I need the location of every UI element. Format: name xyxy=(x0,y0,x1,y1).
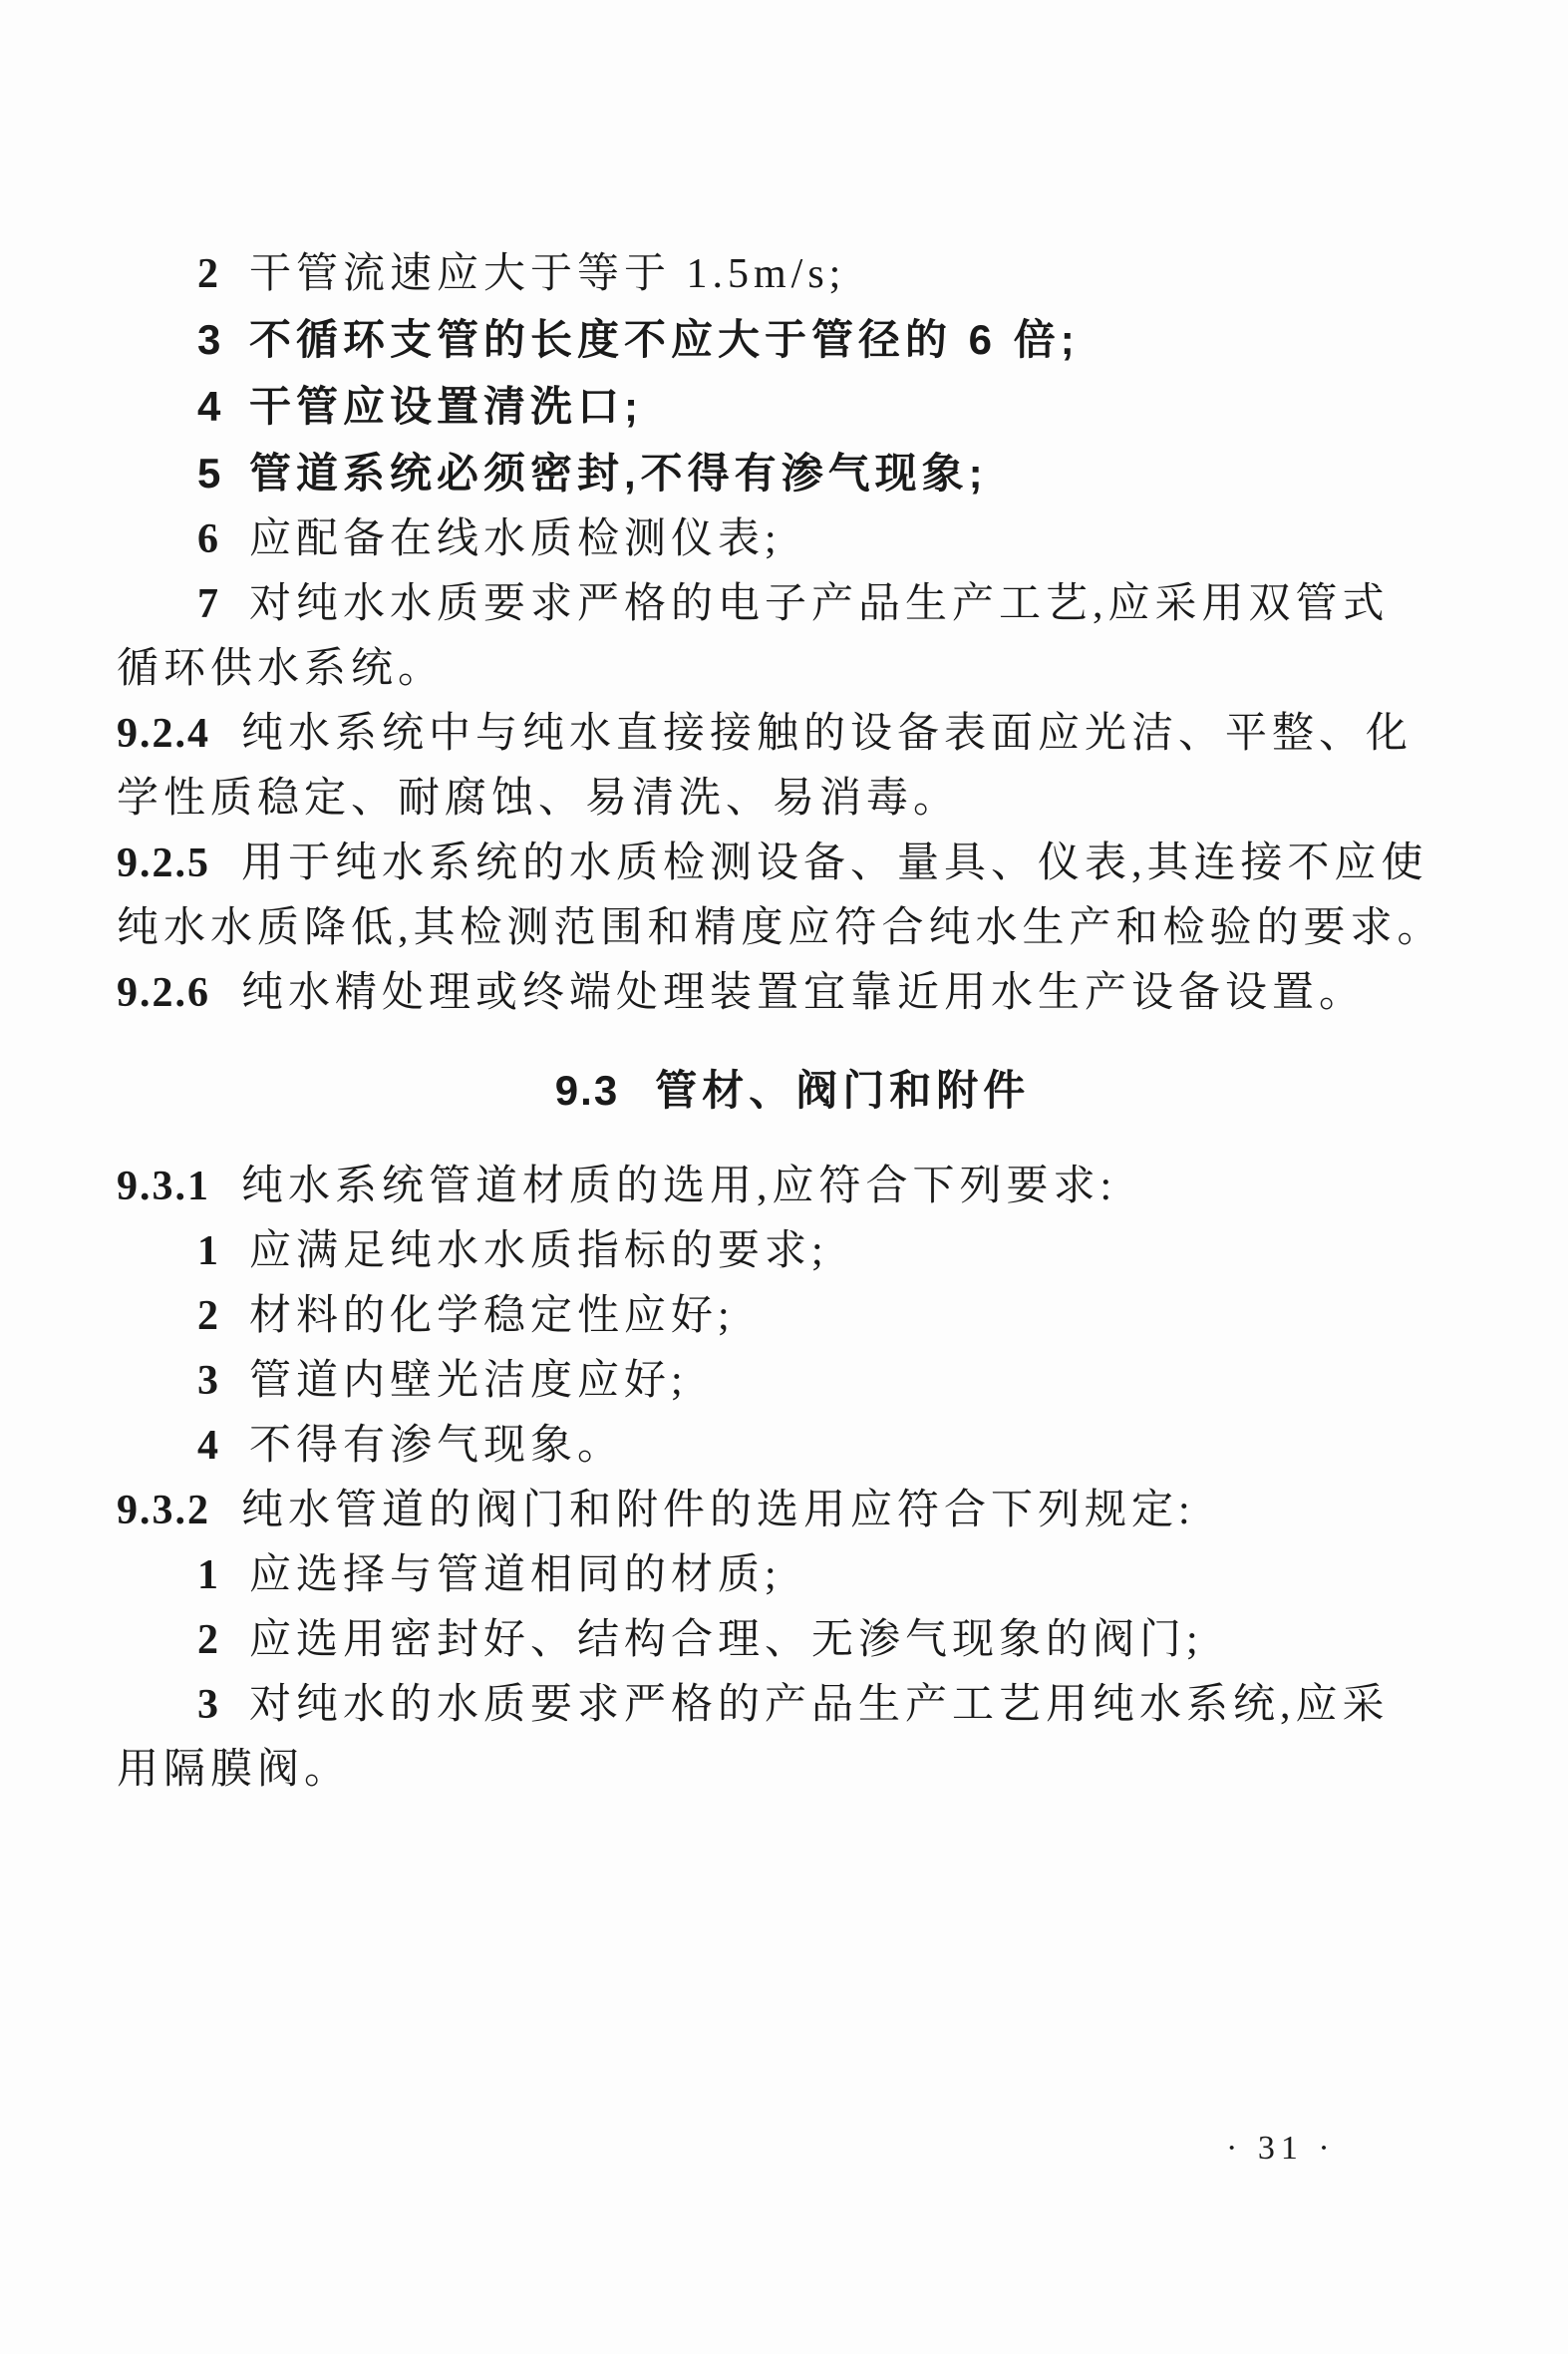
clause-9-3-1: 9.3.1纯水系统管道材质的选用,应符合下列要求: xyxy=(117,1155,1468,1219)
item-text: 应选用密封好、结构合理、无渗气现象的阀门; xyxy=(249,1617,1203,1663)
clause-number: 9.2.4 xyxy=(117,702,241,767)
document-page: 2干管流速应大于等于 1.5m/s; 3不循环支管的长度不应大于管径的 6 倍;… xyxy=(0,0,1568,2354)
clause-text: 用于纯水系统的水质检测设备、量具、仪表,其连接不应使 xyxy=(241,841,1428,886)
item-number: 3 xyxy=(197,1673,249,1738)
item-number: 2 xyxy=(197,1608,249,1673)
clause-text: 纯水管道的阀门和附件的选用应符合下列规定: xyxy=(241,1488,1195,1533)
item-text: 不循环支管的长度不应大于管径的 6 倍; xyxy=(249,316,1080,363)
clause-9-2-4-line1: 9.2.4纯水系统中与纯水直接接触的设备表面应光洁、平整、化 xyxy=(117,702,1468,767)
clause-number: 9.2.5 xyxy=(117,832,241,896)
item-number: 1 xyxy=(197,1219,249,1284)
list-item-92-2: 2干管流速应大于等于 1.5m/s; xyxy=(117,242,1468,307)
clause-text: 纯水系统管道材质的选用,应符合下列要求: xyxy=(241,1164,1116,1209)
item-text: 干管流速应大于等于 1.5m/s; xyxy=(249,251,845,297)
item-text: 管道系统必须密封,不得有渗气现象; xyxy=(249,450,988,497)
clause-9-2-5-line2: 纯水水质降低,其检测范围和精度应符合纯水生产和检验的要求。 xyxy=(117,896,1468,961)
clause-9-2-4-line2: 学性质稳定、耐腐蚀、易清洗、易消毒。 xyxy=(117,767,1468,832)
item-number: 7 xyxy=(197,572,249,637)
item-number: 3 xyxy=(197,307,249,372)
list-item-92-5: 5管道系统必须密封,不得有渗气现象; xyxy=(117,441,1468,507)
item-text: 管道内壁光洁度应好; xyxy=(249,1358,688,1404)
list-item-932-2: 2应选用密封好、结构合理、无渗气现象的阀门; xyxy=(117,1608,1468,1673)
clause-number: 9.3.2 xyxy=(117,1479,241,1543)
section-heading-9-3: 9.3管材、阀门和附件 xyxy=(117,1058,1468,1123)
list-item-92-4: 4干管应设置清洗口; xyxy=(117,374,1468,441)
list-item-92-7: 7对纯水水质要求严格的电子产品生产工艺,应采用双管式 xyxy=(117,572,1468,637)
list-item-92-6: 6应配备在线水质检测仪表; xyxy=(117,507,1468,572)
item-text: 不得有渗气现象。 xyxy=(249,1423,624,1469)
list-item-92-7-continuation: 循环供水系统。 xyxy=(117,637,1468,702)
list-item-932-1: 1应选择与管道相同的材质; xyxy=(117,1543,1468,1608)
item-number: 4 xyxy=(197,1414,249,1479)
clause-text: 纯水精处理或终端处理装置宜靠近用水生产设备设置。 xyxy=(241,970,1366,1016)
section-title: 管材、阀门和附件 xyxy=(655,1067,1030,1114)
item-number: 5 xyxy=(197,441,249,505)
item-number: 2 xyxy=(197,1284,249,1349)
item-text: 材料的化学稳定性应好; xyxy=(249,1293,735,1339)
clause-9-3-2: 9.3.2纯水管道的阀门和附件的选用应符合下列规定: xyxy=(117,1479,1468,1543)
item-text: 应选择与管道相同的材质; xyxy=(249,1552,782,1598)
list-item-932-3: 3对纯水的水质要求严格的产品生产工艺用纯水系统,应采 xyxy=(117,1673,1468,1738)
list-item-92-3: 3不循环支管的长度不应大于管径的 6 倍; xyxy=(117,307,1468,374)
list-item-931-1: 1应满足纯水水质指标的要求; xyxy=(117,1219,1468,1284)
item-number: 4 xyxy=(197,374,249,439)
list-item-931-2: 2材料的化学稳定性应好; xyxy=(117,1284,1468,1349)
item-number: 1 xyxy=(197,1543,249,1608)
item-text: 对纯水的水质要求严格的产品生产工艺用纯水系统,应采 xyxy=(249,1682,1390,1728)
list-item-931-4: 4不得有渗气现象。 xyxy=(117,1414,1468,1479)
clause-number: 9.2.6 xyxy=(117,961,241,1026)
item-number: 6 xyxy=(197,507,249,572)
item-number: 3 xyxy=(197,1349,249,1414)
item-text: 应满足纯水水质指标的要求; xyxy=(249,1228,828,1274)
page-content: 2干管流速应大于等于 1.5m/s; 3不循环支管的长度不应大于管径的 6 倍;… xyxy=(117,242,1468,1803)
section-number: 9.3 xyxy=(555,1067,619,1114)
item-text: 应配备在线水质检测仪表; xyxy=(249,516,782,562)
clause-number: 9.3.1 xyxy=(117,1155,241,1219)
clause-9-2-6: 9.2.6纯水精处理或终端处理装置宜靠近用水生产设备设置。 xyxy=(117,961,1468,1026)
clause-text: 纯水系统中与纯水直接接触的设备表面应光洁、平整、化 xyxy=(241,711,1412,757)
page-number: · 31 · xyxy=(1226,2130,1336,2168)
item-text: 干管应设置清洗口; xyxy=(249,383,643,430)
clause-9-2-5-line1: 9.2.5用于纯水系统的水质检测设备、量具、仪表,其连接不应使 xyxy=(117,832,1468,896)
item-number: 2 xyxy=(197,242,249,307)
item-text: 对纯水水质要求严格的电子产品生产工艺,应采用双管式 xyxy=(249,581,1390,627)
list-item-931-3: 3管道内壁光洁度应好; xyxy=(117,1349,1468,1414)
list-item-932-3-continuation: 用隔膜阀。 xyxy=(117,1738,1468,1803)
